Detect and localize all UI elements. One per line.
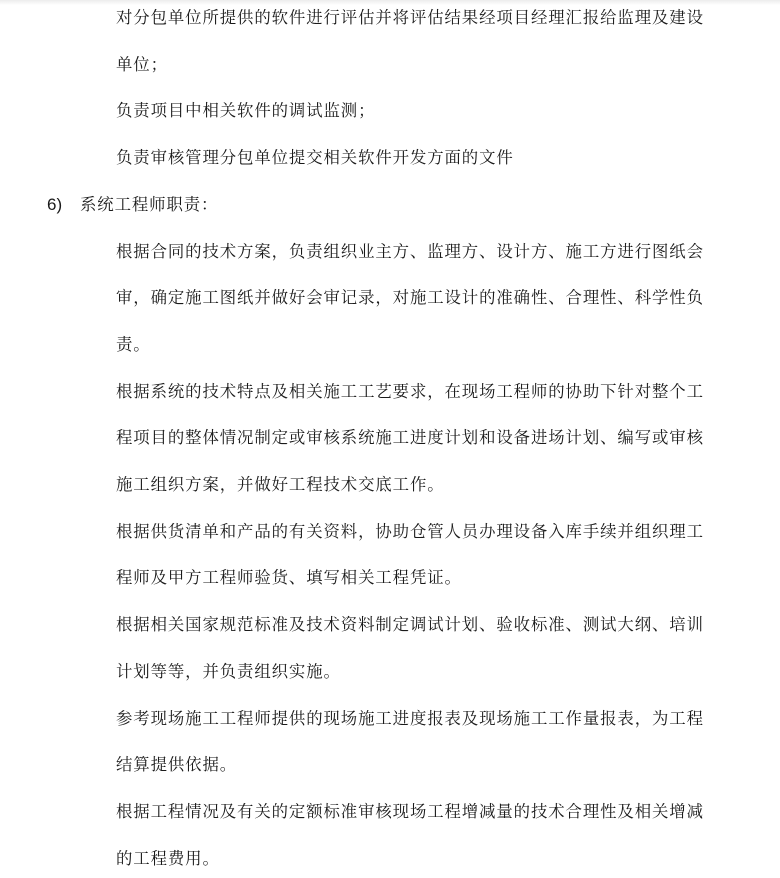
- paragraph-line: 的工程费用。: [116, 836, 220, 878]
- paragraph-line: 施工组织方案，并做好工程技术交底工作。: [116, 462, 445, 509]
- paragraph-line: 对分包单位所提供的软件进行评估并将评估结果经项目经理汇报给监理及建设: [116, 0, 704, 42]
- paragraph-line: 程项目的整体情况制定或审核系统施工进度计划和设备进场计划、编写或审核: [116, 415, 704, 462]
- paragraph-line: 根据相关国家规范标准及技术资料制定调试计划、验收标准、测试大纲、培训: [116, 602, 704, 649]
- paragraph-line: 根据工程情况及有关的定额标准审核现场工程增减量的技术合理性及相关增减: [116, 789, 704, 836]
- heading-number: 6): [47, 182, 62, 229]
- paragraph-line: 程师及甲方工程师验货、填写相关工程凭证。: [116, 555, 462, 602]
- paragraph-line: 根据合同的技术方案，负责组织业主方、监理方、设计方、施工方进行图纸会: [116, 229, 704, 276]
- paragraph-line: 责。: [116, 322, 151, 369]
- paragraph-line: 根据供货清单和产品的有关资料，协助仓管人员办理设备入库手续并组织理工: [116, 509, 704, 556]
- paragraph-line: 根据系统的技术特点及相关施工工艺要求，在现场工程师的协助下针对整个工: [116, 369, 704, 416]
- paragraph-line: 负责审核管理分包单位提交相关软件开发方面的文件: [116, 135, 514, 182]
- paragraph-line: 负责项目中相关软件的调试监测；: [116, 88, 375, 135]
- paragraph-line: 参考现场施工工程师提供的现场施工进度报表及现场施工工作量报表，为工程: [116, 696, 704, 743]
- paragraph-line: 审，确定施工图纸并做好会审记录，对施工设计的准确性、合理性、科学性负: [116, 275, 704, 322]
- paragraph-line: 计划等等，并负责组织实施。: [116, 649, 341, 696]
- paragraph-line: 结算提供依据。: [116, 742, 237, 789]
- heading-title: 系统工程师职责：: [80, 182, 218, 229]
- paragraph-line: 单位；: [116, 42, 168, 89]
